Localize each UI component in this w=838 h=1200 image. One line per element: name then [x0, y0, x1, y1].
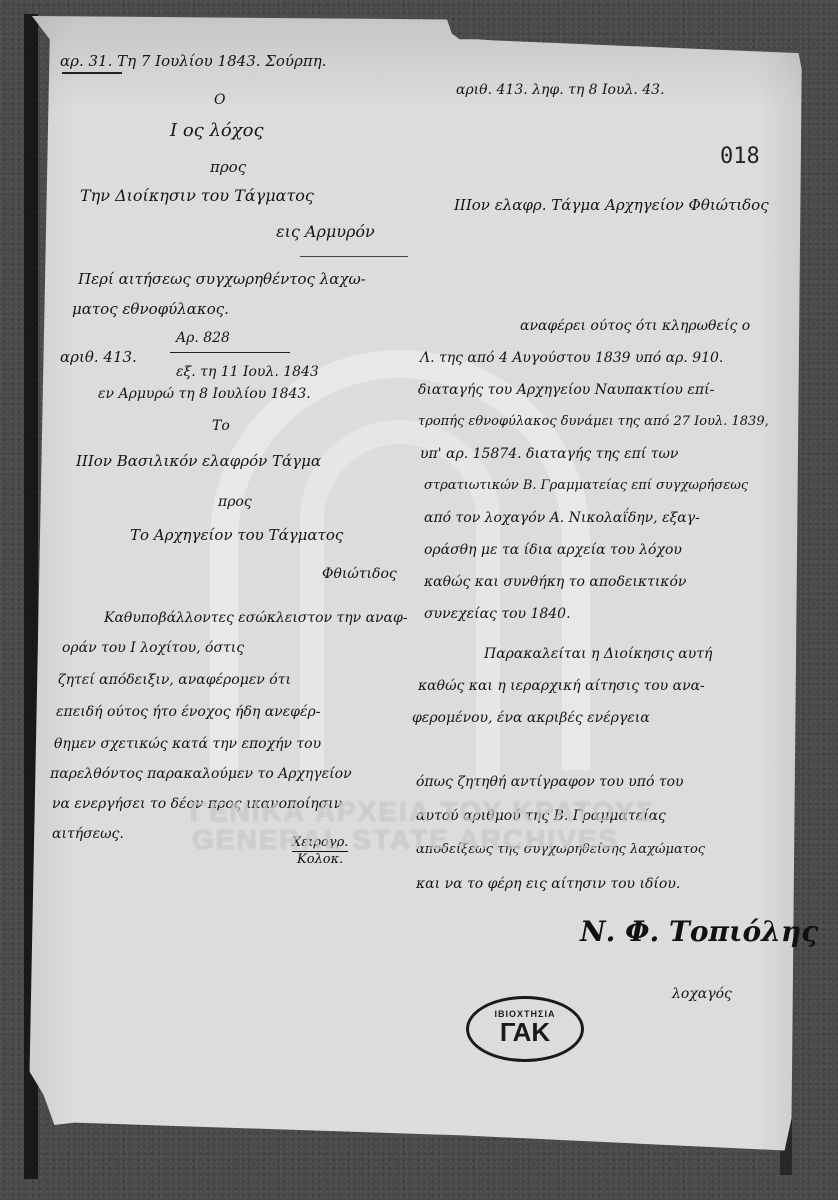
- left-body-line-5: θημεν σχετικώς κατά την εποχήν του: [54, 736, 321, 752]
- right-body-line-10: συνεχείας του 1840.: [424, 606, 571, 622]
- header-left-reference: αρ. 31. Τη 7 Ιουλίου 1843. Σούρπη.: [60, 52, 326, 70]
- archive-watermark-logo-inner: [300, 420, 500, 780]
- right-body-line-1: αναφέρει ούτος ότι κληρωθείς ο: [520, 318, 750, 334]
- sender: Ι ος λόχος: [170, 120, 264, 141]
- recipient-underline: [300, 256, 408, 257]
- to-label-2: Το: [212, 418, 230, 434]
- reference-line-2: εξ. τη 11 Ιουλ. 1843: [176, 364, 319, 380]
- header-underline: [62, 72, 122, 74]
- addressee-line-2: προς: [218, 494, 252, 510]
- right-body2-line-2: καθώς και η ιεραρχική αίτησις του ανα-: [418, 678, 705, 694]
- right-body-line-6: στρατιωτικών Β. Γραμματείας επί συγχωρήσ…: [424, 478, 748, 493]
- archive-page-number: 018: [720, 144, 760, 169]
- header-right-reference: αριθ. 413. ληφ. τη 8 Ιουλ. 43.: [456, 82, 665, 98]
- left-body-line-2: οράν του Ι λοχίτου, όστις: [62, 640, 244, 656]
- reference-line-1: αριθ. 413.: [60, 348, 137, 366]
- subject-line-1: Περί αιτήσεως συγχωρηθέντος λαχω-: [78, 270, 366, 288]
- recipient-line-2: εις Αρμυρόν: [276, 222, 375, 241]
- reference-number: Αρ. 828: [176, 330, 230, 346]
- addressee-line-3: Το Αρχηγείον του Τάγματος: [130, 526, 343, 544]
- signature-title: λοχαγός: [672, 986, 732, 1002]
- left-body-line-3: ζητεί απόδειξιν, αναφέρομεν ότι: [58, 672, 291, 688]
- right-body2-line-1: Παρακαλείται η Διοίκησις αυτή: [484, 646, 712, 662]
- recipient-line-1: Την Διοίκησιν του Τάγματος: [80, 186, 314, 205]
- left-body-line-6: παρελθόντος παρακαλούμεν το Αρχηγείον: [50, 766, 352, 782]
- right-body-line-8: οράσθη με τα ίδια αρχεία του λόχου: [424, 542, 682, 558]
- right-body-line-3: διαταγής του Αρχηγείου Ναυπακτίου επί-: [418, 382, 714, 398]
- left-body-line-8: αιτήσεως.: [52, 826, 124, 842]
- right-body2-line-4: όπως ζητηθή αντίγραφον του υπό του: [416, 774, 684, 790]
- right-body-line-7: από τον λοχαγόν Α. Νικολαΐδην, εξαγ-: [424, 510, 700, 526]
- signature: Ν. Φ. Τοπιόλης: [580, 915, 818, 948]
- left-body-line-1: Καθυποβάλλοντες εσώκλειστον την αναφ-: [104, 610, 408, 626]
- addressee-line-1: ΙΙΙον Βασιλικόν ελαφρόν Τάγμα: [76, 452, 321, 470]
- right-body-line-5: υπ' αρ. 15874. διαταγής της επί των: [420, 446, 678, 462]
- right-body-line-9: καθώς και συνθήκη το αποδεικτικόν: [424, 574, 686, 590]
- to-label: προς: [210, 158, 246, 176]
- reference-line-3: εν Αρμυρώ τη 8 Ιουλίου 1843.: [98, 386, 311, 402]
- sender-prefix: Ο: [214, 92, 225, 108]
- gak-archive-stamp: ΙΒΙΟΧΤΗΣΙΑ ΓΑΚ: [466, 996, 584, 1062]
- right-body-line-2: Λ. της από 4 Αυγούστου 1839 υπό αρ. 910.: [420, 350, 723, 366]
- left-body-line-4: επειδή ούτος ήτο ένοχος ήδη ανεφέρ-: [56, 704, 320, 720]
- watermark-english: GENERAL STATE ARCHIVES: [192, 824, 619, 856]
- stamp-main-text: ΓΑΚ: [500, 1019, 550, 1045]
- right-body2-line-7: και να το φέρη εις αίτησιν του ιδίου.: [416, 876, 680, 892]
- right-body2-line-3: φερομένου, ένα ακριβές ενέργεια: [412, 710, 650, 726]
- right-body-line-4: τροπής εθνοφύλακος δυνάμει της από 27 Ιο…: [418, 414, 769, 429]
- right-heading: ΙΙΙον ελαφρ. Τάγμα Αρχηγείον Φθιώτιδος: [454, 196, 769, 214]
- reference-underline: [170, 352, 290, 353]
- subject-line-2: ματος εθνοφύλακος.: [72, 300, 229, 318]
- addressee-line-4: Φθιώτιδος: [322, 566, 397, 582]
